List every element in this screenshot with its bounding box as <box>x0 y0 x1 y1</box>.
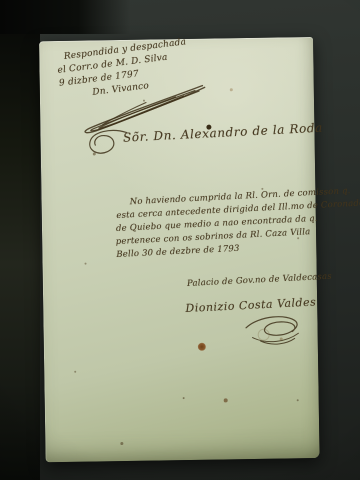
book-gutter <box>0 0 40 480</box>
letter-body: No haviendo cumprida la Rl. Orn. de comi… <box>112 187 327 268</box>
foxing-spot <box>224 398 228 402</box>
signature-rubric-icon <box>239 311 307 350</box>
gutter-shadow <box>0 0 130 34</box>
foxing-spot <box>198 343 206 351</box>
body-line: Bello 30 de dezbre de 1793 <box>116 244 240 260</box>
foxing-spot <box>297 399 299 401</box>
foxing-spot <box>85 263 87 265</box>
salutation-line: Sõr. Dn. Alexandro de la Roda <box>123 121 324 145</box>
archival-annotation: Respondida y despachada el Corr.o de M. … <box>55 32 222 121</box>
closing-place-line: Palacio de Gov.no de Valdecasas <box>187 272 332 289</box>
foxing-spot <box>230 88 233 91</box>
foxing-spot <box>183 397 185 399</box>
photo-background: Respondida y despachada el Corr.o de M. … <box>0 0 360 480</box>
foxing-spot <box>74 371 76 373</box>
foxing-spot <box>120 442 123 445</box>
manuscript-page: Respondida y despachada el Corr.o de M. … <box>39 37 320 462</box>
